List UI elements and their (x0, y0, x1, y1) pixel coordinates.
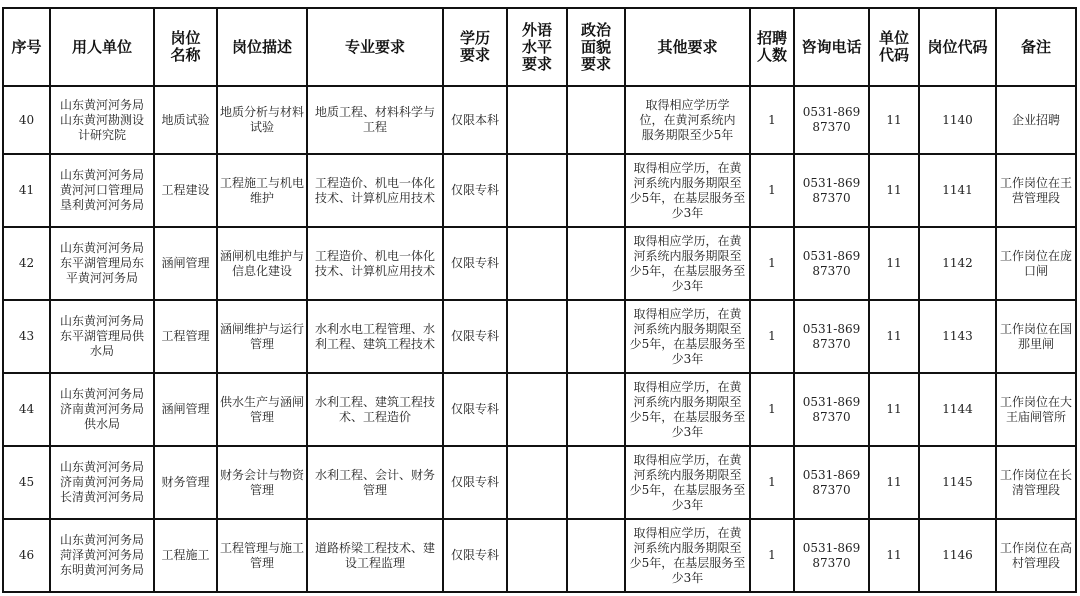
table-row: 44 山东黄河河务局济南黄河河务局供水局 涵闸管理 供水生产与涵闸管理 水利工程… (3, 373, 1076, 446)
cell-phone: 0531-86987370 (794, 86, 869, 154)
cell-count: 1 (750, 519, 794, 592)
cell-remark: 工作岗位在王营管理段 (996, 154, 1076, 227)
cell-education: 仅限专科 (443, 300, 507, 373)
cell-remark: 企业招聘 (996, 86, 1076, 154)
header-unit: 用人单位 (50, 8, 154, 86)
cell-post-name: 涵闸管理 (154, 373, 217, 446)
header-major: 专业要求 (307, 8, 443, 86)
cell-count: 1 (750, 154, 794, 227)
cell-language (507, 154, 567, 227)
cell-seq: 40 (3, 86, 50, 154)
cell-language (507, 519, 567, 592)
cell-post-code: 1140 (919, 86, 996, 154)
cell-major: 工程造价、机电一体化技术、计算机应用技术 (307, 154, 443, 227)
cell-remark: 工作岗位在高村管理段 (996, 519, 1076, 592)
cell-remark: 工作岗位在大王庙闸管所 (996, 373, 1076, 446)
header-post-code: 岗位代码 (919, 8, 996, 86)
cell-major: 水利工程、会计、财务管理 (307, 446, 443, 519)
header-count: 招聘人数 (750, 8, 794, 86)
cell-post-code: 1142 (919, 227, 996, 300)
cell-education: 仅限专科 (443, 373, 507, 446)
header-row: 序号 用人单位 岗位名称 岗位描述 专业要求 学历要求 外语水平要求 政治面貌要… (3, 8, 1076, 86)
cell-major: 工程造价、机电一体化技术、计算机应用技术 (307, 227, 443, 300)
cell-other: 取得相应学历，在黄河系统内服务期限至少5年，在基层服务至少3年 (625, 446, 750, 519)
header-remark: 备注 (996, 8, 1076, 86)
cell-post-code: 1143 (919, 300, 996, 373)
cell-education: 仅限专科 (443, 154, 507, 227)
cell-count: 1 (750, 227, 794, 300)
cell-count: 1 (750, 373, 794, 446)
cell-unit: 山东黄河河务局黄河河口管理局垦利黄河河务局 (50, 154, 154, 227)
cell-remark: 工作岗位在国那里闸 (996, 300, 1076, 373)
cell-major: 水利工程、建筑工程技术、工程造价 (307, 373, 443, 446)
cell-political (567, 227, 625, 300)
cell-unit-code: 11 (869, 446, 919, 519)
cell-seq: 45 (3, 446, 50, 519)
cell-post-desc: 供水生产与涵闸管理 (217, 373, 307, 446)
cell-phone: 0531-86987370 (794, 154, 869, 227)
cell-unit-code: 11 (869, 373, 919, 446)
cell-count: 1 (750, 300, 794, 373)
cell-unit: 山东黄河河务局济南黄河河务局长清黄河河务局 (50, 446, 154, 519)
cell-education: 仅限专科 (443, 446, 507, 519)
cell-post-code: 1146 (919, 519, 996, 592)
cell-unit: 山东黄河河务局东平湖管理局供水局 (50, 300, 154, 373)
cell-post-name: 涵闸管理 (154, 227, 217, 300)
cell-education: 仅限专科 (443, 227, 507, 300)
table-row: 42 山东黄河河务局东平湖管理局东平黄河河务局 涵闸管理 涵闸机电维护与信息化建… (3, 227, 1076, 300)
cell-post-name: 财务管理 (154, 446, 217, 519)
cell-unit-code: 11 (869, 519, 919, 592)
cell-major: 道路桥梁工程技术、建设工程监理 (307, 519, 443, 592)
table-row: 43 山东黄河河务局东平湖管理局供水局 工程管理 涵闸维护与运行管理 水利水电工… (3, 300, 1076, 373)
cell-post-code: 1141 (919, 154, 996, 227)
header-other: 其他要求 (625, 8, 750, 86)
cell-other: 取得相应学历，在黄河系统内服务期限至少5年，在基层服务至少3年 (625, 154, 750, 227)
cell-post-name: 工程管理 (154, 300, 217, 373)
cell-seq: 41 (3, 154, 50, 227)
cell-remark: 工作岗位在庞口闸 (996, 227, 1076, 300)
cell-language (507, 373, 567, 446)
cell-unit: 山东黄河河务局济南黄河河务局供水局 (50, 373, 154, 446)
header-post-name: 岗位名称 (154, 8, 217, 86)
cell-post-name: 工程施工 (154, 519, 217, 592)
cell-education: 仅限专科 (443, 519, 507, 592)
cell-political (567, 154, 625, 227)
cell-post-name: 地质试验 (154, 86, 217, 154)
cell-phone: 0531-86987370 (794, 373, 869, 446)
cell-post-desc: 工程施工与机电维护 (217, 154, 307, 227)
table-row: 40 山东黄河河务局山东黄河勘测设计研究院 地质试验 地质分析与材料试验 地质工… (3, 86, 1076, 154)
cell-post-desc: 涵闸维护与运行管理 (217, 300, 307, 373)
header-seq: 序号 (3, 8, 50, 86)
cell-phone: 0531-86987370 (794, 519, 869, 592)
cell-major: 地质工程、材料科学与工程 (307, 86, 443, 154)
cell-major: 水利水电工程管理、水利工程、建筑工程技术 (307, 300, 443, 373)
cell-post-desc: 地质分析与材料试验 (217, 86, 307, 154)
table-row: 46 山东黄河河务局菏泽黄河河务局东明黄河河务局 工程施工 工程管理与施工管理 … (3, 519, 1076, 592)
cell-education: 仅限本科 (443, 86, 507, 154)
cell-post-code: 1144 (919, 373, 996, 446)
cell-seq: 42 (3, 227, 50, 300)
header-phone: 咨询电话 (794, 8, 869, 86)
cell-post-desc: 财务会计与物资管理 (217, 446, 307, 519)
cell-other: 取得相应学历，在黄河系统内服务期限至少5年，在基层服务至少3年 (625, 300, 750, 373)
header-language: 外语水平要求 (507, 8, 567, 86)
cell-phone: 0531-86987370 (794, 300, 869, 373)
cell-unit: 山东黄河河务局东平湖管理局东平黄河河务局 (50, 227, 154, 300)
cell-unit-code: 11 (869, 154, 919, 227)
table-row: 41 山东黄河河务局黄河河口管理局垦利黄河河务局 工程建设 工程施工与机电维护 … (3, 154, 1076, 227)
cell-seq: 44 (3, 373, 50, 446)
cell-political (567, 300, 625, 373)
cell-remark: 工作岗位在长清管理段 (996, 446, 1076, 519)
header-political: 政治面貌要求 (567, 8, 625, 86)
cell-language (507, 300, 567, 373)
cell-unit-code: 11 (869, 227, 919, 300)
cell-other: 取得相应学历，在黄河系统内服务期限至少5年，在基层服务至少3年 (625, 227, 750, 300)
cell-other: 取得相应学历，在黄河系统内服务期限至少5年，在基层服务至少3年 (625, 519, 750, 592)
cell-political (567, 519, 625, 592)
cell-seq: 46 (3, 519, 50, 592)
table-row: 45 山东黄河河务局济南黄河河务局长清黄河河务局 财务管理 财务会计与物资管理 … (3, 446, 1076, 519)
cell-political (567, 373, 625, 446)
cell-language (507, 227, 567, 300)
cell-other: 取得相应学历学位，在黄河系统内服务期限至少5年 (625, 86, 750, 154)
cell-count: 1 (750, 86, 794, 154)
cell-phone: 0531-86987370 (794, 227, 869, 300)
cell-count: 1 (750, 446, 794, 519)
cell-political (567, 446, 625, 519)
cell-post-desc: 涵闸机电维护与信息化建设 (217, 227, 307, 300)
cell-language (507, 86, 567, 154)
cell-post-code: 1145 (919, 446, 996, 519)
cell-political (567, 86, 625, 154)
header-education: 学历要求 (443, 8, 507, 86)
cell-unit-code: 11 (869, 86, 919, 154)
cell-other: 取得相应学历，在黄河系统内服务期限至少5年，在基层服务至少3年 (625, 373, 750, 446)
recruitment-table: 序号 用人单位 岗位名称 岗位描述 专业要求 学历要求 外语水平要求 政治面貌要… (2, 7, 1077, 593)
header-unit-code: 单位代码 (869, 8, 919, 86)
header-post-desc: 岗位描述 (217, 8, 307, 86)
cell-unit: 山东黄河河务局山东黄河勘测设计研究院 (50, 86, 154, 154)
cell-phone: 0531-86987370 (794, 446, 869, 519)
cell-post-name: 工程建设 (154, 154, 217, 227)
cell-language (507, 446, 567, 519)
cell-post-desc: 工程管理与施工管理 (217, 519, 307, 592)
cell-seq: 43 (3, 300, 50, 373)
cell-unit-code: 11 (869, 300, 919, 373)
cell-unit: 山东黄河河务局菏泽黄河河务局东明黄河河务局 (50, 519, 154, 592)
